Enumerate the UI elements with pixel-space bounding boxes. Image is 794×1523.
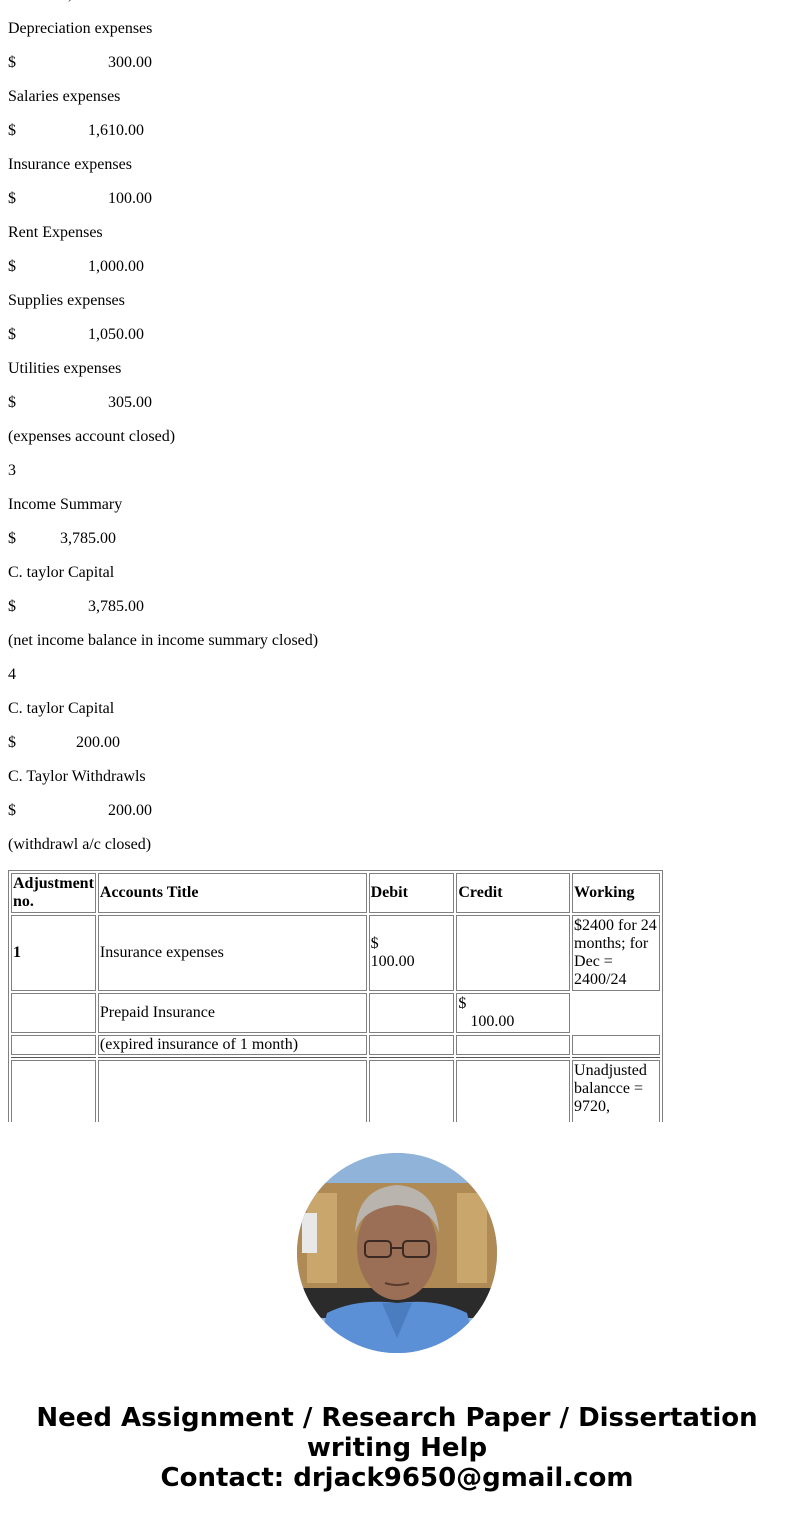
cell-accounts-title <box>98 1060 367 1122</box>
separator-cell <box>98 1057 367 1058</box>
cell-working <box>572 1035 660 1055</box>
table-row: $ Unadjusted balancce = 9720, <box>11 1060 660 1122</box>
cell-adjustment-no: 1 <box>11 915 96 991</box>
promo-banner: Need Assignment / Research Paper / Disse… <box>0 1403 794 1493</box>
journal-line-account: Income Summary <box>8 496 788 514</box>
separator-cell <box>456 1057 570 1058</box>
cell-credit <box>456 1035 570 1055</box>
journal-line-account: Rent Expenses <box>8 224 788 242</box>
journal-line-account: Supplies expenses <box>8 292 788 310</box>
table-row: 1 Insurance expenses $ 100.00 $2400 for … <box>11 915 660 991</box>
journal-line-amount: $ 4,365.00 <box>8 0 788 4</box>
cell-debit: $ 100.00 <box>369 915 455 991</box>
cell-adjustment-no <box>11 1060 96 1122</box>
cell-adjustment-no <box>11 993 96 1033</box>
cell-credit <box>456 1060 570 1122</box>
cell-credit: $ 100.00 <box>456 993 570 1033</box>
journal-line-note: (net income balance in income summary cl… <box>8 632 788 650</box>
cell-debit: $ <box>369 1060 455 1122</box>
journal-line-account: Depreciation expenses <box>8 20 788 38</box>
journal-line-amount: $ 200.00 <box>8 734 788 752</box>
header-adjustment-no: Adjustment no. <box>11 873 96 913</box>
journal-line-amount: $ 3,785.00 <box>8 598 788 616</box>
journal-line-note: (withdrawl a/c closed) <box>8 836 788 854</box>
journal-line-note: (expenses account closed) <box>8 428 788 446</box>
journal-line-entry-no: 4 <box>8 666 788 684</box>
promo-line-2: writing Help <box>0 1433 794 1463</box>
cell-debit <box>369 993 455 1033</box>
header-accounts-title: Accounts Title <box>98 873 367 913</box>
journal-line-amount: $ 305.00 <box>8 394 788 412</box>
journal-line-account: C. taylor Capital <box>8 564 788 582</box>
cell-credit <box>456 915 570 991</box>
cell-accounts-title: (expired insurance of 1 month) <box>98 1035 367 1055</box>
journal-line-account: Utilities expenses <box>8 360 788 378</box>
journal-line-entry-no: 3 <box>8 462 788 480</box>
journal-line-account: Insurance expenses <box>8 156 788 174</box>
journal-line-account: C. taylor Capital <box>8 700 788 718</box>
journal-line-amount: $ 1,610.00 <box>8 122 788 140</box>
header-debit: Debit <box>369 873 455 913</box>
cell-accounts-title: Insurance expenses <box>98 915 367 991</box>
header-credit: Credit <box>456 873 570 913</box>
journal-line-amount: $ 3,785.00 <box>8 530 788 548</box>
journal-line-amount: $ 300.00 <box>8 54 788 72</box>
journal-line-amount: $ 1,050.00 <box>8 326 788 344</box>
separator-cell <box>11 1057 96 1058</box>
author-avatar <box>297 1153 497 1353</box>
adjustments-table: Adjustment no. Accounts Title Debit Cred… <box>8 870 663 1122</box>
closing-entries: $ 4,365.00Depreciation expenses$ 300.00S… <box>8 0 788 854</box>
document-viewport[interactable]: $ 4,365.00Depreciation expenses$ 300.00S… <box>0 0 794 1122</box>
table-row: (expired insurance of 1 month) <box>11 1035 660 1055</box>
journal-line-amount: $ 1,000.00 <box>8 258 788 276</box>
author-photo-icon <box>297 1153 497 1353</box>
separator-cell <box>369 1057 455 1058</box>
journal-line-amount: $ 200.00 <box>8 802 788 820</box>
cell-adjustment-no <box>11 1035 96 1055</box>
cell-working: Unadjusted balancce = 9720, <box>572 1060 660 1122</box>
journal-line-amount: $ 100.00 <box>8 190 788 208</box>
cell-working: $2400 for 24 months; for Dec = 2400/24 <box>572 915 660 991</box>
promo-contact[interactable]: Contact: drjack9650@gmail.com <box>0 1463 794 1493</box>
document-content: $ 4,365.00Depreciation expenses$ 300.00S… <box>8 0 788 1122</box>
header-working: Working <box>572 873 660 913</box>
promo-line-1: Need Assignment / Research Paper / Disse… <box>0 1403 794 1433</box>
journal-line-account: Salaries expenses <box>8 88 788 106</box>
separator-cell <box>572 1057 660 1058</box>
cell-accounts-title: Prepaid Insurance <box>98 993 367 1033</box>
table-row: Prepaid Insurance $ 100.00 <box>11 993 660 1033</box>
table-header-row: Adjustment no. Accounts Title Debit Cred… <box>11 873 660 913</box>
cell-debit <box>369 1035 455 1055</box>
journal-line-account: C. Taylor Withdrawls <box>8 768 788 786</box>
cell-working-empty <box>572 993 660 1033</box>
table-separator <box>11 1057 660 1058</box>
